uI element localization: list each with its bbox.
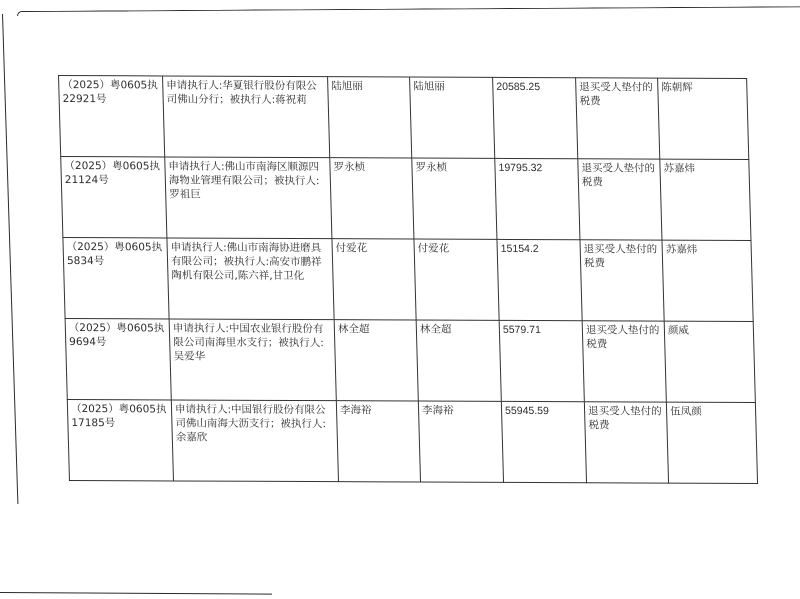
payer-cell: 罗永桢 [412,158,497,239]
table-row: （2025）粤0605执9694号 申请执行人:中国农业银行股份有限公司南海里水… [65,318,755,402]
amount-cell: 15154.2 [497,239,582,320]
reason-cell: 退买受人垫付的税费 [584,402,668,483]
buyer-cell: 林全超 [334,320,418,401]
case-number-cell: （2025）粤0605执22921号 [59,76,165,157]
amount-cell: 19795.32 [495,158,580,239]
refund-table: （2025）粤0605执22921号 申请执行人:华夏银行股份有限公司佛山分行；… [58,75,758,484]
table-row: （2025）粤0605执21124号 申请执行人:佛山市南海区顺源四海物业管理有… [61,157,751,241]
parties-cell: 申请执行人:中国农业银行股份有限公司南海里水支行；被执行人:吴爱华 [169,319,336,401]
amount-cell: 20585.25 [493,77,578,158]
refund-table-wrapper: （2025）粤0605执22921号 申请执行人:华夏银行股份有限公司佛山分行；… [58,75,757,484]
page-edge-top [17,6,800,16]
buyer-cell: 陆旭丽 [328,77,412,158]
buyer-cell: 李海裕 [336,401,420,482]
case-number-cell: （2025）粤0605执9694号 [65,318,171,399]
payer-cell: 林全超 [416,320,501,401]
table-row: （2025）粤0605执17185号 申请执行人:中国银行股份有限公司佛山南海大… [67,399,757,483]
reason-cell: 退买受人垫付的税费 [580,240,664,321]
handler-cell: 伍凤颜 [666,402,757,483]
parties-cell: 申请执行人:中国银行股份有限公司佛山南海大沥支行；被执行人:余嘉欣 [171,400,338,482]
page-edge-left [2,14,34,504]
reason-cell: 退买受人垫付的税费 [578,159,662,240]
amount-cell: 5579.71 [499,320,584,401]
handler-cell: 陈朝辉 [658,78,749,159]
buyer-cell: 罗永桢 [330,158,414,239]
buyer-cell: 付爱花 [332,239,416,320]
amount-cell: 55945.59 [501,401,586,482]
parties-cell: 申请执行人:佛山市南海区顺源四海物业管理有限公司；被执行人:罗祖巨 [165,157,332,239]
case-number-cell: （2025）粤0605执5834号 [63,238,169,319]
reason-cell: 退买受人垫付的税费 [576,78,660,159]
page-edge-bottom [0,592,272,595]
handler-cell: 苏嘉炜 [660,159,751,240]
table-row: （2025）粤0605执5834号 申请执行人:佛山市南海协进磨具有限公司；被执… [63,238,753,322]
table-row: （2025）粤0605执22921号 申请执行人:华夏银行股份有限公司佛山分行；… [59,76,749,160]
parties-cell: 申请执行人:华夏银行股份有限公司佛山分行；被执行人:蒋祝莉 [163,76,330,158]
case-number-cell: （2025）粤0605执21124号 [61,157,167,238]
payer-cell: 陆旭丽 [410,77,495,158]
handler-cell: 苏嘉炜 [662,240,753,321]
payer-cell: 李海裕 [418,401,503,482]
handler-cell: 颜威 [664,321,755,402]
payer-cell: 付爱花 [414,239,499,320]
case-number-cell: （2025）粤0605执17185号 [67,399,173,480]
parties-cell: 申请执行人:佛山市南海协进磨具有限公司；被执行人:高安市鹏祥陶机有限公司,陈六祥… [167,238,334,320]
reason-cell: 退买受人垫付的税费 [582,321,666,402]
